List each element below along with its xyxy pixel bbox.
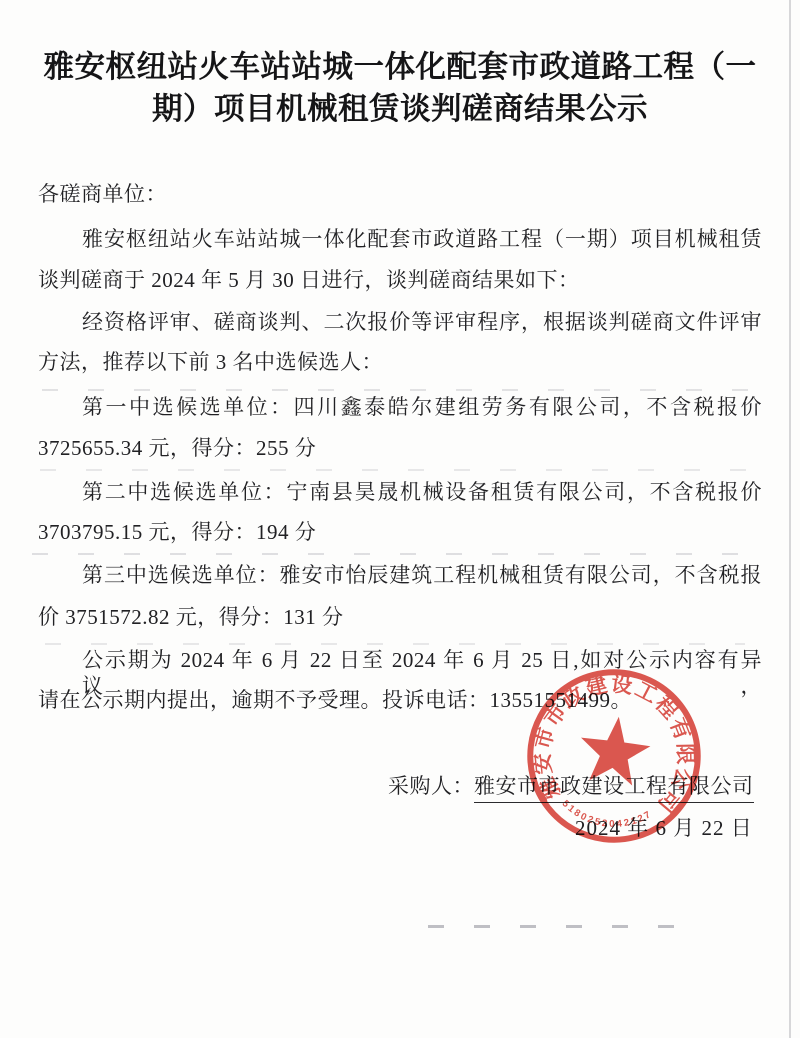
scan-artifact (45, 643, 745, 645)
notice-title-line-2: 期）项目机械租赁谈判磋商结果公示 (0, 88, 800, 130)
scan-artifact (428, 925, 696, 928)
star-icon (576, 712, 654, 787)
scanned-notice-page: 雅安枢纽站火车站站城一体化配套市政道路工程（一 期）项目机械租赁谈判磋商结果公示… (0, 0, 800, 1038)
official-seal-graphic: 雅安市市政建设工程有限公司 5180252042127 (511, 653, 716, 858)
candidate-1-line: 第一中选候选单位：四川鑫泰皓尔建组劳务有限公司，不含税报价 (38, 394, 762, 420)
scan-artifact (42, 389, 752, 391)
candidate-3-price-line: 价 3751572.82 元，得分：131 分 (38, 604, 762, 630)
body-line: 雅安枢纽站火车站站城一体化配套市政道路工程（一期）项目机械租赁 (38, 226, 762, 252)
salutation-line: 各磋商单位： (38, 181, 762, 207)
scan-edge-line (789, 0, 791, 1038)
scan-artifact (32, 553, 767, 555)
candidate-2-price-line: 3703795.15 元，得分：194 分 (38, 519, 762, 545)
scan-artifact (40, 469, 755, 471)
candidate-3-line: 第三中选候选单位：雅安市怡辰建筑工程机械租赁有限公司，不含税报 (38, 562, 762, 588)
notice-title: 雅安枢纽站火车站站城一体化配套市政道路工程（一 期）项目机械租赁谈判磋商结果公示 (0, 46, 800, 130)
notice-title-line-1: 雅安枢纽站火车站站城一体化配套市政道路工程（一 (0, 46, 800, 88)
purchaser-label: 采购人： (388, 774, 474, 798)
official-seal: 雅安市市政建设工程有限公司 5180252042127 (511, 653, 716, 858)
candidate-1-price-line: 3725655.34 元，得分：255 分 (38, 435, 762, 461)
body-line: 经资格评审、磋商谈判、二次报价等评审程序，根据谈判磋商文件评审 (38, 309, 762, 335)
body-line: 方法，推荐以下前 3 名中选候选人： (38, 349, 762, 375)
candidate-2-line: 第二中选候选单位：宁南县昊晟机械设备租赁有限公司，不含税报价 (38, 479, 762, 505)
body-line: 谈判磋商于 2024 年 5 月 30 日进行，谈判磋商结果如下： (38, 267, 762, 293)
